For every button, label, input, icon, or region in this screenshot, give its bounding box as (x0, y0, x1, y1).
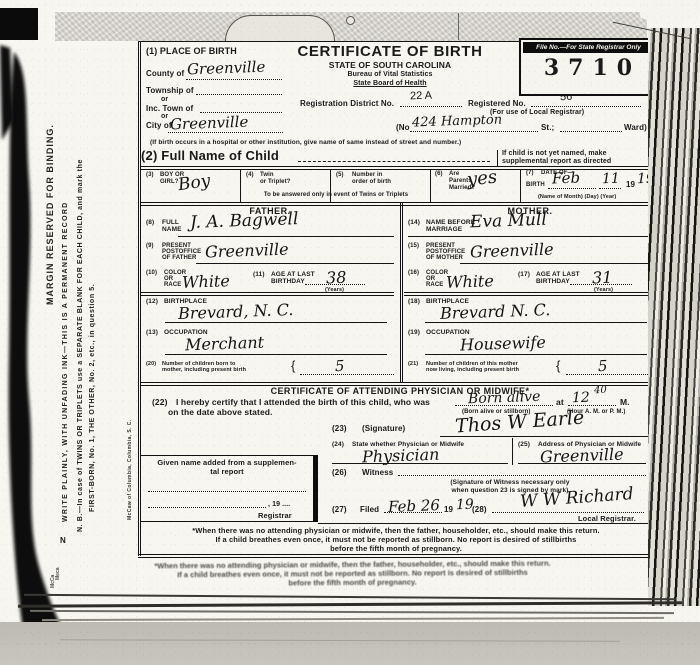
q20-dots (300, 374, 394, 375)
q21-num: (21) (408, 361, 418, 367)
father-race-rule (141, 292, 394, 296)
q15-num: (15) (408, 243, 419, 250)
q24-q25-divider (512, 438, 513, 465)
street-dots (410, 131, 538, 132)
q13-num: (13) (146, 329, 158, 336)
father-occupation-entry: Merchant (185, 333, 265, 355)
q27-num: (27) (332, 505, 347, 514)
ward-dots (560, 131, 622, 132)
q16-num: (16) (408, 270, 419, 277)
q28-num: (28) (472, 505, 487, 514)
supplemental-dots-1 (148, 491, 306, 492)
township-label: Township of (146, 86, 194, 95)
scan-artifact-crease (458, 13, 459, 40)
signature-rule (440, 436, 648, 437)
scan-background-bottom (0, 622, 700, 665)
city-dots (168, 132, 283, 133)
q7-year-printed: 19 (626, 180, 635, 189)
born-alive-dots (455, 405, 553, 406)
page-bottom-edge-3 (30, 610, 674, 614)
registered-dots (531, 106, 641, 107)
q9-label-line3: OF FATHER (162, 255, 196, 262)
q11-num: (11) (253, 271, 265, 278)
row3-divider-3 (430, 170, 431, 202)
q8-num: (8) (146, 219, 154, 226)
q26-num: (26) (332, 468, 347, 477)
mother-birthplace-rule (425, 322, 647, 323)
filed-year-printed: 19 (444, 505, 453, 514)
q3-num: (3) (146, 172, 154, 179)
mother-race-entry: White (446, 271, 494, 292)
q7-format-note: (Name of Month) (Day) (Year) (538, 194, 616, 200)
q20-brace: { (291, 358, 295, 373)
registered-label: Registered No. (468, 99, 526, 108)
margin-printer-credit: McCaw of Columbia, Columbia, S. C. (127, 419, 133, 520)
county-entry: Greenville (187, 58, 266, 79)
father-race-entry: White (182, 271, 230, 292)
city-entry: Greenville (170, 113, 249, 134)
q5-num: (5) (336, 172, 344, 179)
bureau-line: Bureau of Vital Statistics (285, 71, 495, 79)
q16-label-line3: RACE (426, 282, 443, 289)
q14-num: (14) (408, 219, 420, 226)
father-occupation-rule (165, 354, 387, 355)
district-dots (400, 106, 462, 107)
q6-entry-married: yes (466, 166, 498, 190)
q4-label-line2: or Triplet? (260, 179, 290, 186)
mother-birthplace-entry: Brevard N. C. (440, 300, 551, 323)
q7-label-line2: BIRTH (526, 182, 545, 189)
mother-name-entry: Eva Mull (470, 210, 547, 233)
q15-label-line3: OF MOTHER (426, 255, 463, 262)
q24-rule (332, 463, 508, 464)
q7-day-dots (599, 188, 621, 189)
q10-num: (10) (146, 270, 157, 277)
father-age-entry: 38 (326, 268, 347, 288)
q25-rule (518, 463, 646, 464)
q22-num: (22) (152, 398, 168, 408)
children-living-entry: 5 (598, 357, 608, 375)
q28-dots (492, 512, 644, 513)
mother-name-rule (408, 236, 648, 237)
or-1: or (161, 96, 168, 104)
witness-dots (398, 475, 646, 476)
father-name-rule (178, 236, 394, 237)
q24-num: (24) (332, 441, 344, 448)
hour-minutes-entry: 40 (594, 385, 607, 396)
q7-month-dots (548, 188, 596, 189)
q20-label-line2: mother, including present birth (162, 367, 246, 373)
city-label: City of (146, 121, 172, 130)
q18-num: (18) (408, 298, 420, 305)
form-bottom-border (138, 554, 650, 558)
at-label: at (556, 398, 564, 408)
q25-num: (25) (518, 441, 530, 448)
file-number: 3710 (523, 53, 654, 81)
street-prefix: (No (396, 123, 410, 132)
q7-day-entry: 11 (602, 171, 620, 188)
father-postoffice-entry: Greenville (205, 240, 289, 262)
witness-note-line1: (Signature of Witness necessary only (400, 479, 620, 486)
parent-column-divider (400, 203, 403, 383)
page-bottom-edge-4 (42, 617, 664, 621)
footnote-top-rule (318, 523, 650, 524)
file-box-label: File No.—For State Registrar Only (523, 42, 654, 53)
q10-label-line3: RACE (164, 282, 181, 289)
registrar-label: Registrar (258, 512, 292, 521)
q11-label-line2: BIRTHDAY (271, 278, 305, 285)
row3-divider-4 (520, 170, 521, 202)
q7-month-entry: Feb (552, 169, 581, 188)
q6-num: (6) (435, 171, 443, 178)
q3-entry-boy: Boy (177, 171, 212, 195)
mother-age-entry: 31 (592, 268, 613, 288)
q23-signature-label: (Signature) (362, 424, 405, 433)
binding-shadow-blob (0, 0, 120, 665)
q17-label-line2: BIRTHDAY (536, 278, 570, 285)
mother-postoffice-entry: Greenville (470, 240, 554, 262)
full-name-dashes (298, 161, 490, 162)
parents-bottom-border (141, 382, 650, 386)
twins-answer-note: To be answered only in event of Twins or… (244, 192, 428, 199)
mother-occupation-entry: Housewife (460, 333, 546, 355)
q21-brace: { (556, 358, 560, 373)
child-naming-note: If child is not yet named, make suppleme… (497, 150, 611, 166)
date-stated-text: on the date above stated. (168, 408, 273, 418)
q20-num: (20) (146, 361, 156, 367)
child-naming-note-line1: If child is not yet named, make (502, 150, 611, 158)
hour-dots (568, 405, 616, 406)
scanned-birth-certificate: MARGIN RESERVED FOR BINDING. WRITE PLAIN… (0, 0, 700, 665)
father-postoffice-rule (196, 263, 394, 264)
board-line: State Board of Health (285, 80, 495, 88)
q9-num: (9) (146, 243, 154, 250)
file-number-box: File No.—For State Registrar Only 3710 (519, 38, 658, 96)
q1-place-of-birth-label: (1) PLACE OF BIRTH (146, 46, 237, 56)
row3-bottom-border (141, 202, 650, 206)
district-entry: 22 A (410, 90, 432, 103)
m-label: M. (620, 398, 630, 408)
inc-town-label: Inc. Town of (146, 104, 193, 113)
street-entry: 424 Hampton (412, 112, 503, 130)
scan-artifact-right-edge (648, 28, 700, 606)
q5-label-line2: order of birth (352, 179, 391, 186)
mother-race-rule (404, 292, 650, 296)
footnote-line3: before the fifth month of pregnancy. (141, 545, 651, 554)
q6-label-line1: Are (449, 171, 459, 178)
q3-label-line2: GIRL? (160, 179, 179, 186)
supplemental-dots-2 (148, 507, 266, 508)
scan-artifact-hole (346, 16, 355, 25)
q4-num: (4) (246, 172, 254, 179)
supplemental-year: , 19 .... (268, 501, 290, 509)
certificate-title: CERTIFICATE OF BIRTH (285, 43, 495, 60)
q2-full-name-label: (2) Full Name of Child (141, 149, 279, 164)
q12-num: (12) (146, 298, 158, 305)
scan-artifact-arch (225, 15, 335, 41)
filed-dots (384, 512, 442, 513)
hour-entry: 12 (572, 390, 590, 407)
local-use-note: (For use of Local Registrar) (490, 109, 584, 117)
child-naming-note-line2: supplemental report as directed (502, 158, 611, 166)
q7-num: (7) (526, 170, 534, 177)
father-birthplace-entry: Brevard, N. C. (178, 300, 294, 323)
q8-label-line2: NAME (162, 226, 182, 233)
q4-label-line1: Twin (260, 172, 274, 179)
witness-label: Witness (362, 468, 393, 477)
or-2: or (161, 113, 168, 121)
district-label: Registration District No. (300, 99, 394, 108)
mother-postoffice-rule (460, 263, 648, 264)
q23-num: (23) (332, 424, 347, 433)
county-label: County of (146, 69, 184, 78)
street-end: Ward) (624, 123, 647, 132)
county-dots (186, 79, 282, 80)
page-bottom-edge-1 (24, 594, 676, 601)
hospital-note: (If birth occurs in a hospital or other … (150, 139, 650, 146)
street-mid: St.; (541, 123, 554, 132)
q5-label-line1: Number in (352, 172, 383, 179)
father-birthplace-rule (165, 322, 387, 323)
supplemental-line2: tal report (141, 468, 313, 477)
children-born-entry: 5 (335, 357, 345, 375)
q19-num: (19) (408, 329, 420, 336)
father-name-entry: J. A. Bagwell (190, 209, 299, 233)
mother-occupation-rule (425, 354, 647, 355)
q21-label-line2: now living, including present birth (426, 367, 519, 373)
township-dots (196, 94, 282, 95)
q14-label-line2: MARRIAGE (426, 226, 462, 233)
filed-label: Filed (360, 505, 379, 514)
q17-num: (17) (518, 271, 530, 278)
row3-divider-1 (240, 170, 241, 202)
state-line: STATE OF SOUTH CAROLINA (285, 61, 495, 71)
